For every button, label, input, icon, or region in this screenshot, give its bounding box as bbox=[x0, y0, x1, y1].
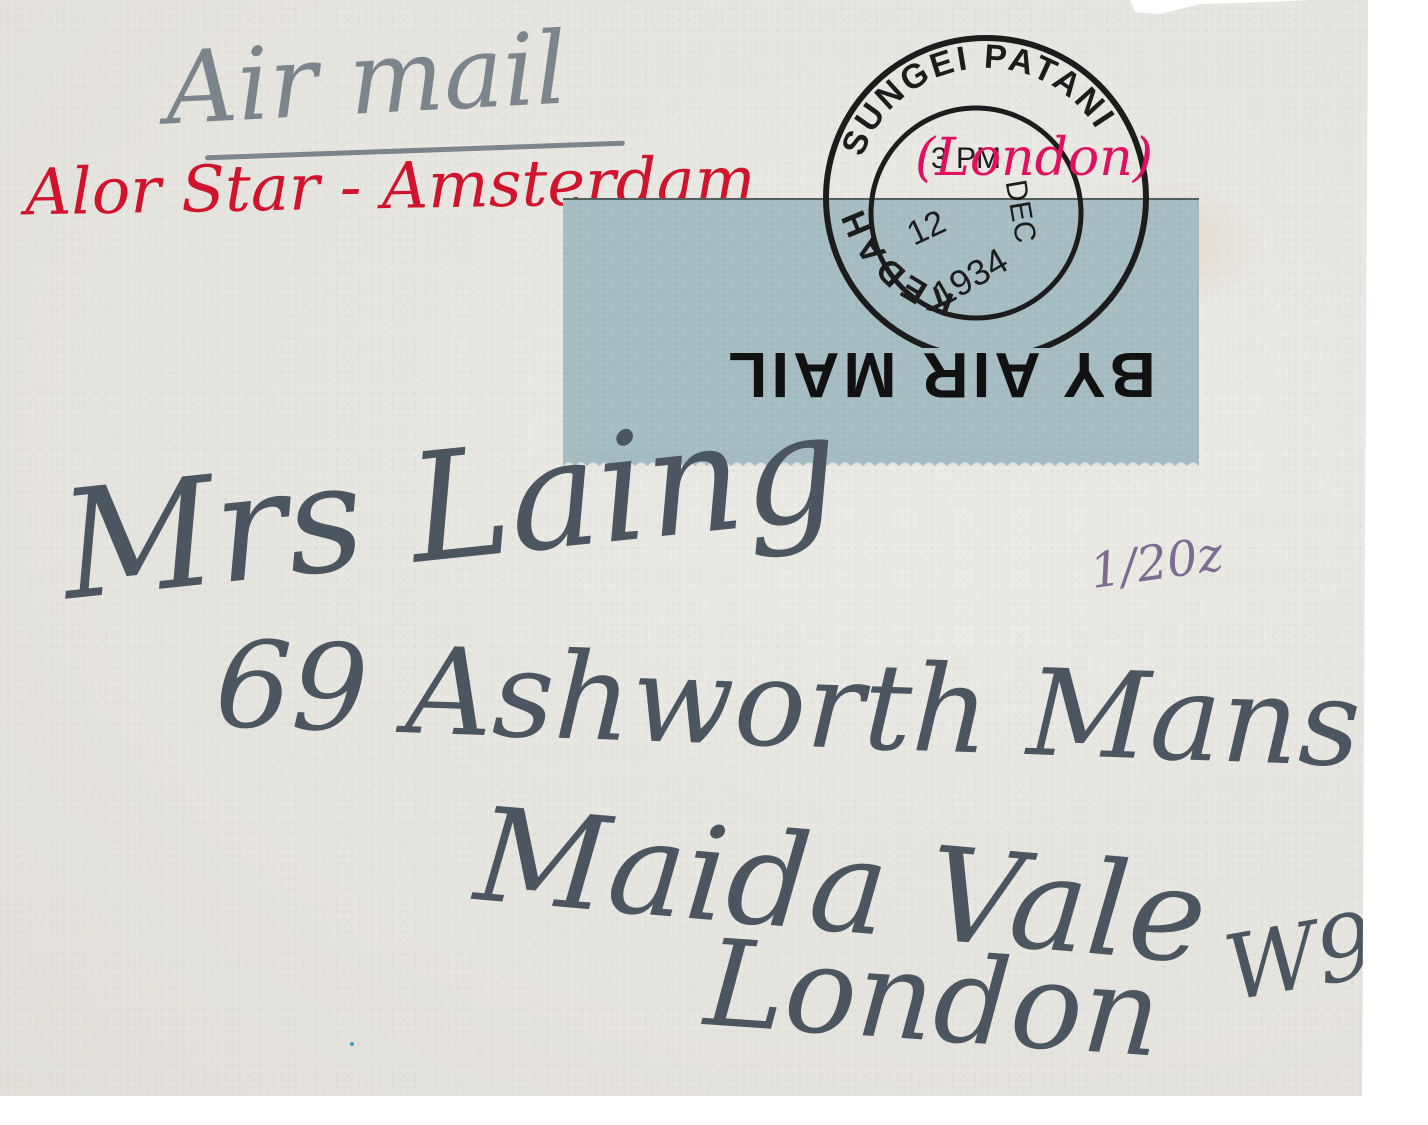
postmark: SUNGEI PATANI KEDAH 3 PM 12 DEC 1934 bbox=[816, 28, 1156, 348]
circled-london-annotation: (London) bbox=[915, 128, 1153, 188]
envelope: Air mail Alor Star - Amsterdam BY AIR MA… bbox=[0, 0, 1368, 1096]
postmark-year: 1934 bbox=[925, 239, 1015, 315]
airmail-pencil-note: Air mail bbox=[162, 10, 570, 148]
ink-speck bbox=[350, 1042, 354, 1046]
postmark-day: 12 bbox=[901, 203, 951, 253]
